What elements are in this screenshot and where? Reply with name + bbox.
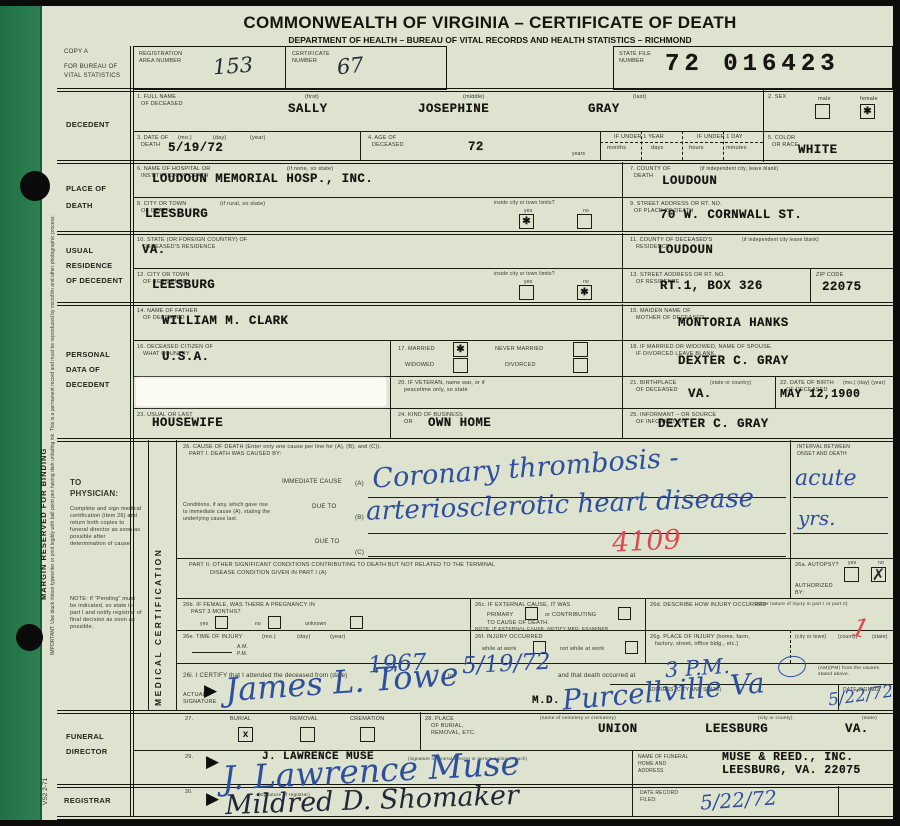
- city-town-hint: (city or town): [795, 634, 826, 640]
- never-married-checkbox: [573, 342, 588, 357]
- section-label-res3: OF DECEDENT: [66, 276, 123, 285]
- copy-bureau-line1: FOR BUREAU OF: [64, 63, 117, 70]
- years-hint: years: [572, 151, 585, 157]
- first-name-value: SALLY: [288, 102, 328, 116]
- divorced-label: DIVORCED: [505, 362, 536, 368]
- field15-label1: 15. MAIDEN NAME OF: [630, 308, 691, 314]
- residence-street-value: RT.1, BOX 326: [660, 279, 763, 293]
- preg-yes-label: yes: [200, 621, 208, 627]
- under-1-year-label: IF UNDER 1 YEAR: [614, 134, 664, 140]
- row-divider: [133, 376, 893, 377]
- cell-divider: [622, 304, 623, 340]
- attended-to-handwriting: 5/19/72: [461, 651, 551, 679]
- residence-no-mark: ✱: [580, 288, 588, 298]
- field26g-label2: factory, street, office bldg., etc.): [655, 641, 738, 647]
- section-label-per1: PERSONAL: [66, 350, 110, 359]
- injury-day-hint: (day): [297, 634, 311, 640]
- cell-divider: [775, 376, 776, 408]
- funeral-home-name: MUSE & REED., INC.: [722, 751, 853, 764]
- line-a-label: (A): [355, 480, 364, 487]
- certificate-number-label2: NUMBER: [292, 58, 317, 64]
- part2-label2: DISEASE CONDITION GIVEN IN PART I (A): [210, 570, 327, 576]
- interval-b-line: [793, 533, 888, 534]
- field20-label2: peacetime only, so state: [404, 387, 468, 393]
- md-label: M.D.: [532, 695, 560, 707]
- section-label-decedent: DECEDENT: [66, 120, 110, 129]
- funeral-signature-arrow-icon: ▶: [206, 753, 219, 770]
- cell-divider: [420, 712, 421, 750]
- field26g-label1: 26g. PLACE OF INJURY (home, farm,: [650, 634, 750, 640]
- female-checkbox-mark: ✱: [863, 107, 871, 117]
- field29-label: 29.: [185, 754, 193, 760]
- field26-label: 26. CAUSE OF DEATH (Enter only one cause…: [183, 444, 381, 450]
- scan-edge-top: [0, 0, 900, 6]
- divorced-checkbox: [573, 358, 588, 373]
- limits-yes-mark: ✱: [522, 217, 530, 227]
- field28-label3: REMOVAL, ETC.: [431, 730, 476, 736]
- actual-signature-label1: ACTUAL: [183, 692, 206, 698]
- residence-city-value: LEESBURG: [152, 278, 215, 292]
- state-file-label1: STATE FILE: [619, 51, 651, 57]
- field20-label1: 20. IF VETERAN, name war, or if: [398, 380, 485, 386]
- divider: [57, 302, 893, 306]
- cremation-label: CREMATION: [350, 716, 384, 722]
- hours-label: hours: [689, 145, 704, 151]
- conditions-line2: to immediate cause (A), stating the: [183, 509, 270, 515]
- section-label-place2: DEATH: [66, 201, 93, 210]
- under-1-day-label: IF UNDER 1 DAY: [697, 134, 743, 140]
- under1-col-divider: [682, 131, 683, 160]
- section-label-registrar: REGISTRAR: [64, 796, 111, 805]
- section-label-res1: USUAL: [66, 246, 93, 255]
- field5-label1: 5. COLOR: [768, 135, 795, 141]
- preg-no-checkbox: [268, 616, 281, 629]
- cell-divider: [390, 408, 391, 438]
- sex-label: 2. SEX: [768, 94, 786, 100]
- autopsy-no-checkbox: ✗: [871, 567, 886, 582]
- business-value: OWN HOME: [428, 416, 491, 430]
- funeral-home-address: LEESBURG, VA. 22075: [722, 764, 861, 777]
- minutes-label: minutes: [726, 145, 747, 151]
- row-divider: [133, 408, 893, 409]
- cell-divider: [763, 90, 764, 162]
- contributing-label: or CONTRIBUTING: [545, 612, 596, 618]
- registration-area-label1: REGISTRATION: [139, 51, 182, 57]
- cell-divider: [645, 598, 646, 630]
- divider: [57, 160, 893, 164]
- interval-a-handwriting: acute: [795, 468, 856, 490]
- cause-c-line: [368, 556, 786, 557]
- date-filed-handwriting: 5/22/72: [699, 787, 777, 812]
- field26e-label: 26e. TIME OF INJURY: [183, 634, 243, 640]
- preg-unknown-checkbox: [350, 616, 363, 629]
- contributing-checkbox: [618, 607, 631, 620]
- field21-hint: (state or country): [710, 380, 751, 386]
- copy-label: COPY A: [64, 48, 88, 55]
- cremation-checkbox: [360, 727, 375, 742]
- authorized-label1: AUTHORIZED: [795, 583, 833, 589]
- limits-label: inside city or town limits?: [494, 200, 555, 206]
- field5-label2: OR RACE: [772, 142, 798, 148]
- cell-divider: [645, 630, 646, 663]
- interval-b-handwriting: yrs.: [798, 508, 835, 528]
- race-value: WHITE: [798, 143, 838, 157]
- row-divider: [133, 197, 893, 198]
- punch-hole-bottom: [16, 624, 43, 651]
- part1-label: PART I. DEATH WAS CAUSED BY:: [189, 451, 281, 457]
- female-checkbox: ✱: [860, 104, 875, 119]
- married-label: 17. MARRIED: [398, 346, 435, 352]
- city-of-death-value: LEESBURG: [145, 207, 208, 221]
- field7-label2: DEATH: [634, 173, 653, 179]
- removal-label: REMOVAL: [290, 716, 318, 722]
- field27-label: 27.: [185, 716, 193, 722]
- field4-label1: 4. AGE OF: [368, 135, 396, 141]
- primary-label: PRIMARY: [487, 612, 513, 618]
- under1-col-divider: [723, 131, 724, 160]
- autopsy-yes-label: yes: [848, 560, 856, 566]
- line-c-label: (C): [355, 549, 364, 556]
- divider: [57, 438, 893, 442]
- not-at-work-label: not while at work: [560, 646, 604, 652]
- form-number: VS2 2-71: [42, 778, 49, 805]
- interval-label1: INTERVAL BETWEEN: [797, 444, 850, 450]
- to-cause-label: TO CAUSE OF DEATH.: [487, 620, 549, 626]
- date-filed-label1: DATE RECORD: [640, 790, 678, 796]
- field21-label1: 21. BIRTHPLACE: [630, 380, 676, 386]
- code-4109-red: 4109: [611, 526, 681, 557]
- cell-divider: [360, 131, 361, 160]
- section-label-per2: DATA OF: [66, 365, 100, 374]
- row-divider: [133, 131, 893, 132]
- injury-mo-hint: (mo.): [262, 634, 276, 640]
- to-physician-label2: PHYSICIAN:: [70, 489, 118, 498]
- state-file-label2: NUMBER: [619, 58, 644, 64]
- conditions-line3: underlying cause last.: [183, 516, 238, 522]
- burial-checkbox: x: [238, 727, 253, 742]
- field26b-label2: PAST 3 MONTHS?: [191, 609, 241, 615]
- preg-no-label: no: [255, 621, 261, 627]
- age-value: 72: [468, 140, 484, 154]
- field26d-hint: (enter nature of injury in part I or par…: [755, 602, 848, 607]
- section-label-place1: PLACE OF: [66, 184, 106, 193]
- field26c-label: 26c. IF EXTERNAL CAUSE, IT WAS: [475, 602, 570, 608]
- field3-label2: DEATH: [141, 142, 160, 148]
- residence-limits-yes-checkbox: [519, 285, 534, 300]
- female-label: female: [860, 96, 878, 102]
- limits-yes-checkbox: ✱: [519, 214, 534, 229]
- authorized-label2: BY:: [795, 590, 804, 596]
- divider: [57, 88, 893, 92]
- married-mark: ✱: [456, 345, 464, 355]
- date-filed-label2: FILED:: [640, 797, 657, 803]
- funeral-home-label3: ADDRESS: [638, 768, 664, 774]
- married-checkbox: ✱: [453, 342, 468, 357]
- field26d-label: 26d. DESCRIBE HOW INJURY OCCURRED: [650, 602, 766, 608]
- hospital-value: LOUDOUN MEMORIAL HOSP., INC.: [152, 172, 373, 186]
- funeral-home-label2: HOME AND: [638, 761, 666, 767]
- father-value: WILLIAM M. CLARK: [162, 314, 288, 328]
- field1-label2: OF DECEASED: [141, 101, 183, 107]
- punch-hole-top: [20, 171, 50, 201]
- citizen-value: U.S.A.: [162, 350, 209, 364]
- city-county-hint: (city or county): [758, 716, 793, 721]
- widowed-checkbox: [453, 358, 468, 373]
- residence-county-value: LOUDOUN: [658, 243, 713, 257]
- field24-label2: OR: [404, 419, 413, 425]
- registration-area-value: 153: [212, 55, 253, 79]
- section-label-res2: RESIDENCE: [66, 261, 112, 270]
- cell-divider: [622, 376, 623, 408]
- autopsy-yes-checkbox: [844, 567, 859, 582]
- county-of-death-value: LOUDOUN: [662, 174, 717, 188]
- am-label: A.M.: [237, 644, 248, 650]
- mother-value: MONTORIA HANKS: [678, 316, 789, 330]
- death-certificate-scan: MARGIN RESERVED FOR BINDING IMPORTANT: U…: [0, 0, 900, 826]
- cell-divider: [390, 376, 391, 408]
- to-physician-label1: TO: [70, 478, 81, 487]
- field21-label2: OF DECEASED: [636, 387, 678, 393]
- divider: [57, 816, 893, 820]
- under1-col-divider: [641, 131, 642, 160]
- limits-label-residence: inside city or town limits?: [494, 271, 555, 277]
- field30-label: 30.: [185, 789, 193, 795]
- interval-label2: ONSET AND DEATH: [797, 451, 847, 457]
- autopsy-no-mark: ✗: [872, 567, 885, 583]
- pending-note: NOTE: If "Pending" must be indicated, so…: [70, 596, 142, 631]
- binding-strip: [0, 0, 42, 826]
- date-year-hint: (year): [250, 135, 266, 141]
- funeral-home-label1: NAME OF FUNERAL: [638, 754, 689, 760]
- birthplace-value: VA.: [688, 387, 712, 401]
- limits-no-checkbox: [577, 214, 592, 229]
- state-hint-28: (state): [862, 716, 877, 721]
- whiteout-patch: [136, 378, 386, 406]
- field13-label1: 13. STREET ADDRESS OR RT. NO.: [630, 272, 725, 278]
- months-label: months: [607, 145, 626, 151]
- row-divider: [176, 598, 893, 599]
- line-b-label: (B): [355, 514, 364, 521]
- scan-edge-bottom: [0, 820, 900, 826]
- field7-label1: 7. COUNTY OF: [630, 166, 671, 172]
- certificate-number-label1: CERTIFICATE: [292, 51, 330, 57]
- field7-hint: (if independent city, leave blank): [700, 166, 778, 172]
- due-to-label1: DUE TO: [312, 503, 336, 510]
- immediate-cause-label: IMMEDIATE CAUSE: [282, 478, 342, 485]
- days-label: days: [651, 145, 663, 151]
- med-strip-left: [148, 440, 149, 710]
- certificate-title: COMMONWEALTH OF VIRGINIA – CERTIFICATE O…: [120, 13, 860, 33]
- time-line: [192, 652, 232, 653]
- copy-bureau-line2: VITAL STATISTICS: [64, 72, 120, 79]
- margin-important-note: IMPORTANT: Use black ribbon typewriter o…: [50, 215, 57, 655]
- not-at-work-checkbox: [625, 641, 638, 654]
- removal-checkbox: [300, 727, 315, 742]
- field8-hint: (if rural, so state): [220, 201, 265, 207]
- zip-label: ZIP CODE: [816, 272, 843, 278]
- field26f-label: 26f. INJURY OCCURRED: [475, 634, 543, 640]
- cause-b-line: [368, 533, 786, 534]
- field11-hint: (if independent city leave blank): [742, 237, 819, 243]
- field22-label1: 22. DATE OF BIRTH: [780, 380, 834, 386]
- part2-label1: PART II. OTHER SIGNIFICANT CONDITIONS CO…: [189, 562, 495, 568]
- registrar-signature-arrow-icon: ▶: [206, 790, 219, 807]
- field28-label1: 28. PLACE: [425, 716, 454, 722]
- field3-label1: 3. DATE OF: [137, 135, 169, 141]
- certificate-subtitle: DEPARTMENT OF HEALTH – BUREAU OF VITAL R…: [120, 35, 860, 45]
- registration-box-divider: [285, 46, 286, 88]
- preg-yes-checkbox: [215, 616, 228, 629]
- conditions-line1: Conditions, if any, which gave rise: [183, 502, 268, 508]
- field22-hint: (mo.) (day) (year): [843, 380, 886, 386]
- row-divider: [176, 630, 893, 631]
- certificate-number-value: 67: [336, 55, 365, 79]
- burial-label: BURIAL: [230, 716, 251, 722]
- cell-divider: [390, 340, 391, 376]
- medical-certification-vertical-label: MEDICAL CERTIFICATION: [153, 548, 163, 706]
- widowed-label: WIDOWED: [405, 362, 434, 368]
- residence-state-value: VA.: [142, 243, 166, 257]
- divider: [57, 710, 893, 714]
- field18-label1: 18. IF MARRIED OR WIDOWED, NAME OF SPOUS…: [630, 344, 773, 350]
- burial-city-value: LEESBURG: [705, 722, 768, 736]
- row-divider: [176, 558, 893, 559]
- section-label-funeral1: FUNERAL: [66, 732, 104, 741]
- cell-divider: [600, 131, 601, 160]
- middle-name-hint: (middle): [463, 94, 484, 100]
- row-divider: [133, 268, 893, 269]
- cell-divider: [632, 786, 633, 816]
- first-name-hint: (first): [305, 94, 319, 100]
- burial-mark: x: [243, 730, 249, 740]
- occupation-value: HOUSEWIFE: [152, 416, 223, 430]
- field4-label2: DECEASED: [372, 142, 404, 148]
- margin-binding-label: MARGIN RESERVED FOR BINDING: [39, 448, 48, 600]
- burial-state-value: VA.: [845, 722, 869, 736]
- dob-value: MAY 12,1900: [780, 388, 860, 401]
- cell-divider: [632, 750, 633, 786]
- interval-a-line: [793, 497, 888, 498]
- cell-divider: [622, 340, 623, 376]
- injury-year-hint: (year): [330, 634, 346, 640]
- cell-divider: [622, 408, 623, 438]
- state-file-value: 72 016423: [665, 51, 840, 78]
- cemetery-hint: (name of cemetery or crematory): [540, 716, 616, 721]
- to-physician-body: Complete and sign medical certification …: [70, 506, 142, 548]
- autopsy-divider: [790, 558, 791, 598]
- autopsy-label: 26a. AUTOPSY?: [795, 562, 839, 568]
- street-of-death-value: 70 W. CORNWALL ST.: [660, 208, 802, 222]
- zip-value: 22075: [822, 280, 862, 294]
- cemetery-value: UNION: [598, 722, 638, 736]
- never-married-label: NEVER MARRIED: [495, 346, 543, 352]
- state-hint: (state): [872, 634, 888, 640]
- registration-area-label2: AREA NUMBER: [139, 58, 181, 64]
- residence-limits-no-checkbox: ✱: [577, 285, 592, 300]
- informant-value: DEXTER C. GRAY: [658, 417, 769, 431]
- field1-label1: 1. FULL NAME: [137, 94, 176, 100]
- middle-name-value: JOSEPHINE: [418, 102, 489, 116]
- med-strip-right: [176, 440, 177, 710]
- field9-label1: 9. STREET ADDRESS OR RT. NO.: [630, 201, 722, 207]
- cell-divider: [470, 598, 471, 630]
- field28-label2: OF BURIAL,: [431, 723, 464, 729]
- ampm-tail-label: (AM)(PM) from the causes stated above.: [818, 666, 890, 678]
- spouse-value: DEXTER C. GRAY: [678, 354, 789, 368]
- zip-divider: [810, 268, 811, 302]
- divider: [57, 231, 893, 235]
- preg-unknown-label: unknown: [305, 621, 326, 627]
- due-to-label2: DUE TO: [315, 538, 339, 545]
- row-divider: [133, 340, 893, 341]
- male-label: male: [818, 96, 831, 102]
- primary-checkbox: [525, 607, 538, 620]
- section-label-funeral2: DIRECTOR: [66, 747, 107, 756]
- date-of-death-value: 5/19/72: [168, 141, 223, 155]
- pm-label: P.M.: [237, 651, 247, 657]
- section-label-per3: DECEDENT: [66, 380, 110, 389]
- signature-arrow-icon: ▶: [204, 682, 217, 699]
- cell-divider: [838, 786, 839, 816]
- male-checkbox: [815, 104, 830, 119]
- last-name-hint: (last): [633, 94, 646, 100]
- scan-edge-right: [893, 0, 900, 826]
- last-name-value: GRAY: [588, 102, 620, 116]
- field26b-label1: 26b. IF FEMALE, WAS THERE A PREGNANCY IN: [183, 602, 315, 608]
